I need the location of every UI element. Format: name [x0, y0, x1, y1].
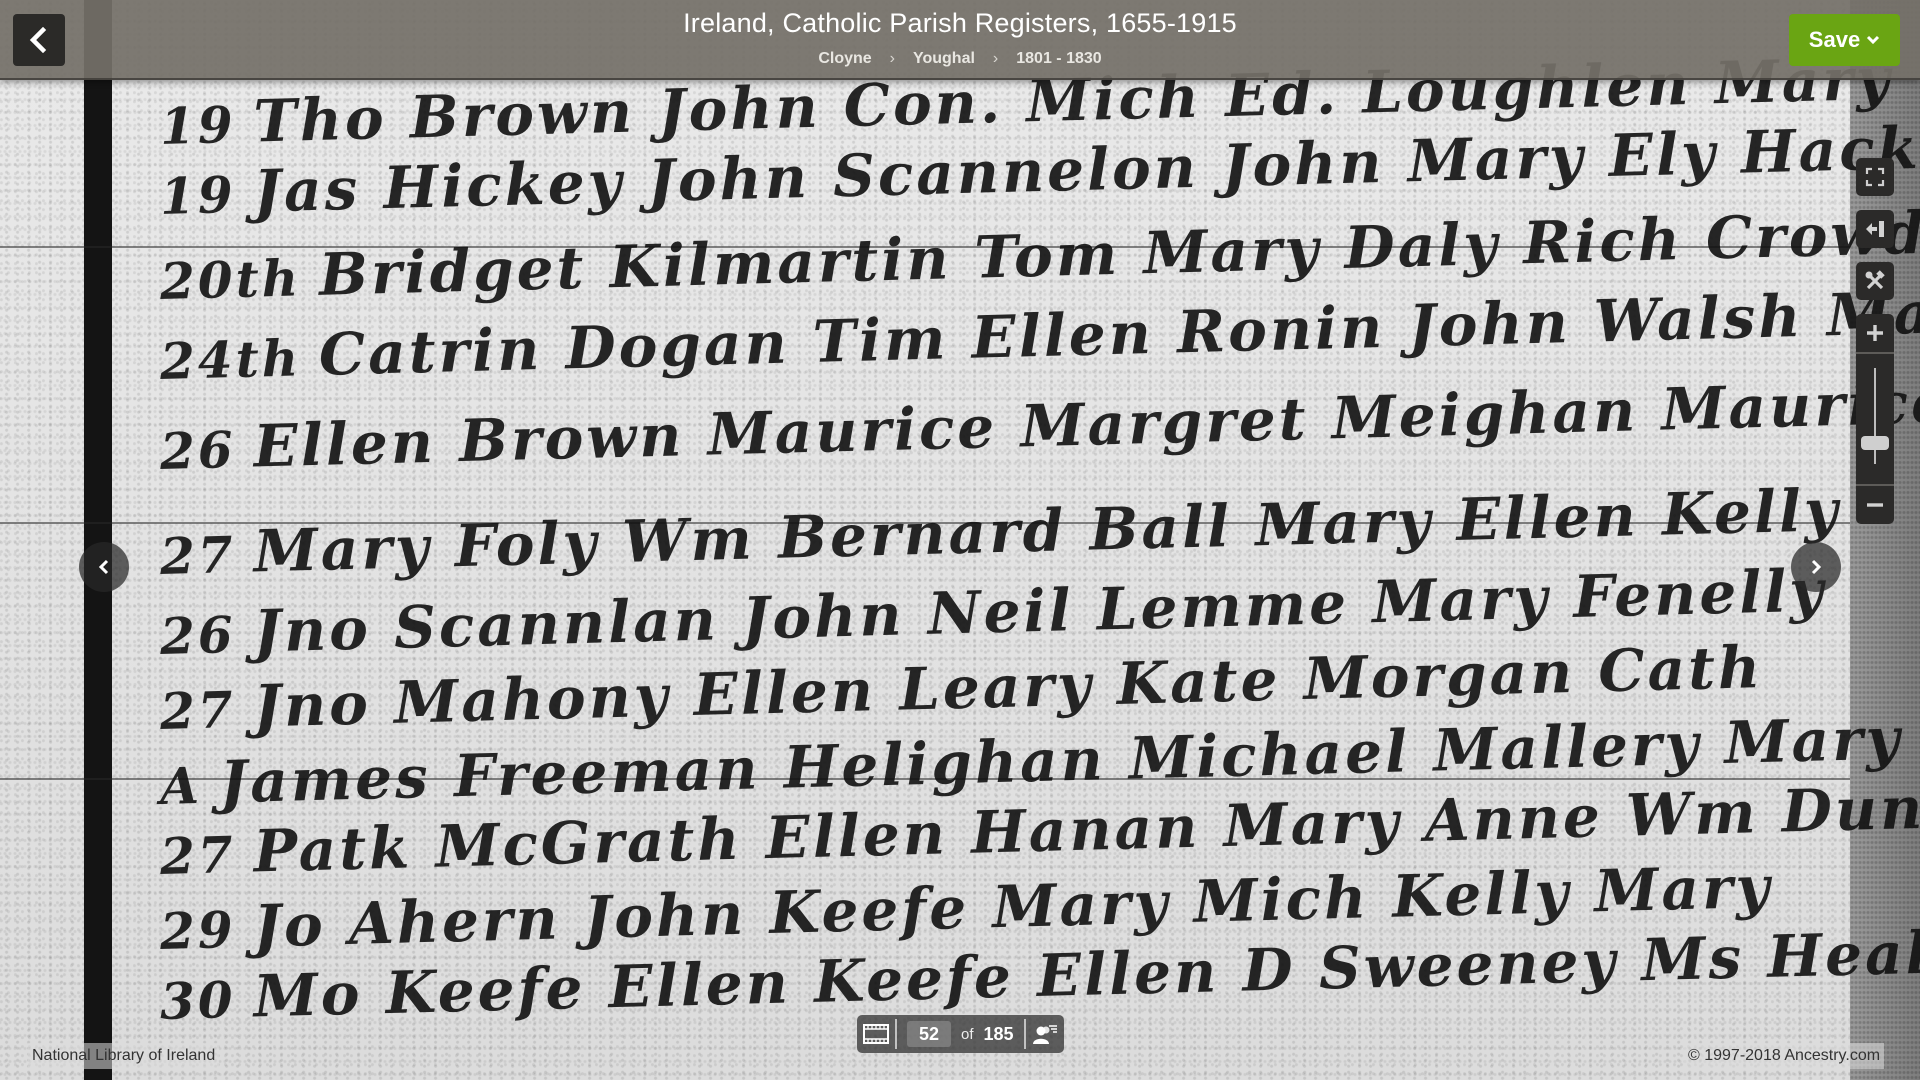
- arrow-left-bar-icon: [1864, 219, 1886, 239]
- breadcrumb-separator: ›: [993, 50, 998, 68]
- toggle-panel-button[interactable]: [1856, 210, 1894, 248]
- zoom-in-button[interactable]: [1856, 314, 1894, 352]
- breadcrumb-separator: ›: [890, 50, 895, 68]
- breadcrumb-item-years[interactable]: 1801 - 1830: [1016, 50, 1101, 68]
- image-tools-button[interactable]: [1856, 262, 1894, 300]
- current-page-input[interactable]: 52: [907, 1021, 951, 1047]
- zoom-out-button[interactable]: [1856, 486, 1894, 524]
- next-image-button[interactable]: [1791, 542, 1841, 592]
- minus-icon: [1865, 495, 1885, 515]
- people-index-icon: [1032, 1023, 1058, 1045]
- zoom-slider-thumb[interactable]: [1861, 436, 1889, 450]
- zoom-slider[interactable]: [1856, 354, 1894, 484]
- chevron-right-icon: [1809, 558, 1823, 576]
- filmstrip-icon: [863, 1024, 889, 1044]
- index-panel-button[interactable]: [1026, 1015, 1064, 1053]
- fullscreen-icon: [1865, 167, 1885, 187]
- plus-icon: [1865, 323, 1885, 343]
- filmstrip-button[interactable]: [857, 1015, 895, 1053]
- fullscreen-button[interactable]: [1856, 158, 1894, 196]
- page-of-label: of: [961, 1026, 974, 1043]
- chevron-down-icon: [1866, 35, 1880, 45]
- breadcrumb-item-youghal[interactable]: Youghal: [913, 50, 975, 68]
- page-indicator: 52 of 185: [897, 1015, 1024, 1053]
- wrench-hammer-icon: [1864, 270, 1886, 292]
- total-pages: 185: [984, 1024, 1014, 1045]
- collection-title: Ireland, Catholic Parish Registers, 1655…: [0, 8, 1920, 39]
- previous-image-button[interactable]: [79, 542, 129, 592]
- breadcrumb-item-cloyne[interactable]: Cloyne: [818, 50, 871, 68]
- viewer-header: Ireland, Catholic Parish Registers, 1655…: [0, 0, 1920, 80]
- source-credit: National Library of Ireland: [28, 1043, 219, 1069]
- save-button[interactable]: Save: [1789, 14, 1900, 66]
- save-button-label: Save: [1809, 27, 1860, 53]
- chevron-left-icon: [97, 558, 111, 576]
- viewer-toolbar: [1856, 158, 1894, 524]
- breadcrumb: Cloyne›Youghal›1801 - 1830: [0, 50, 1920, 68]
- document-image-viewer[interactable]: 19Tho Brown John Con. Mich Ed. Loughlen …: [0, 0, 1920, 1080]
- document-margin-line: [84, 0, 112, 1080]
- image-pager: 52 of 185: [857, 1015, 1064, 1053]
- copyright-credit: © 1997-2018 Ancestry.com: [1684, 1043, 1884, 1069]
- zoom-control: [1856, 314, 1894, 524]
